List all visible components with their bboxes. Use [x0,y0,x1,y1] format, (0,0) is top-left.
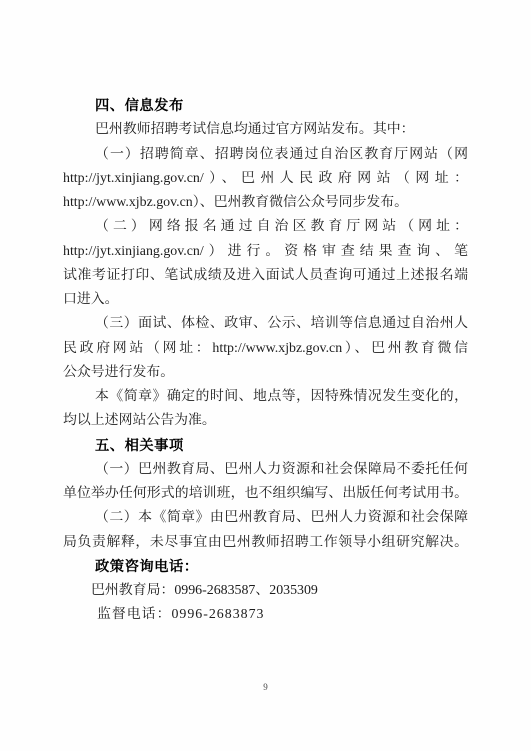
doc-line: （二）本《简章》由巴州教育局、巴州人力资源和社会保障 [63,506,468,530]
doc-line: 巴州教师招聘考试信息均通过官方网站发布。其中： [63,118,468,142]
page-number: 9 [0,681,531,693]
doc-line: 民政府网站（网址：http://www.xjbz.gov.cn）、巴州教育微信 [63,337,468,361]
doc-line: （二）网络报名通过自治区教育厅网站（网址： [63,215,468,239]
doc-line: http://www.xjbz.gov.cn）、巴州教育微信公众号同步发布。 [63,191,468,215]
doc-line: （一）巴州教育局、巴州人力资源和社会保障局不委托任何 [63,458,468,482]
section-heading-info-release: 四、信息发布 [63,94,468,118]
supervision-phone-line: 监督电话：0996-2683873 [63,603,468,627]
doc-line: 单位举办任何形式的培训班，也不组织编写、出版任何考试用书。 [63,482,468,506]
doc-line: http://jyt.xinjiang.gov.cn/）、巴州人民政府网站（网址… [63,167,468,191]
doc-line: http://jyt.xinjiang.gov.cn/）进行。资格审查结果查询、… [63,240,468,264]
doc-line: 试准考证打印、笔试成绩及进入面试人员查询可通过上述报名端 [63,264,468,288]
doc-line: 公众号进行发布。 [63,361,468,385]
section-heading-related-matters: 五、相关事项 [63,434,468,458]
policy-phone-heading: 政策咨询电话： [63,555,468,579]
doc-line: 均以上述网站公告为准。 [63,409,468,433]
doc-line: （三）面试、体检、政审、公示、培训等信息通过自治州人 [63,312,468,336]
doc-line: 口进入。 [63,288,468,312]
doc-line: 本《简章》确定的时间、地点等，因特殊情况发生变化的， [63,385,468,409]
document-page: 四、信息发布 巴州教师招聘考试信息均通过官方网站发布。其中： （一）招聘简章、招… [0,0,531,751]
doc-line: （一）招聘简章、招聘岗位表通过自治区教育厅网站（网址： [63,143,468,167]
doc-line: 局负责解释，未尽事宜由巴州教师招聘工作领导小组研究解决。 [63,531,468,555]
document-body: 四、信息发布 巴州教师招聘考试信息均通过官方网站发布。其中： （一）招聘简章、招… [63,94,468,628]
education-bureau-phone-line: 巴州教育局：0996-2683587、2035309 [63,579,468,603]
